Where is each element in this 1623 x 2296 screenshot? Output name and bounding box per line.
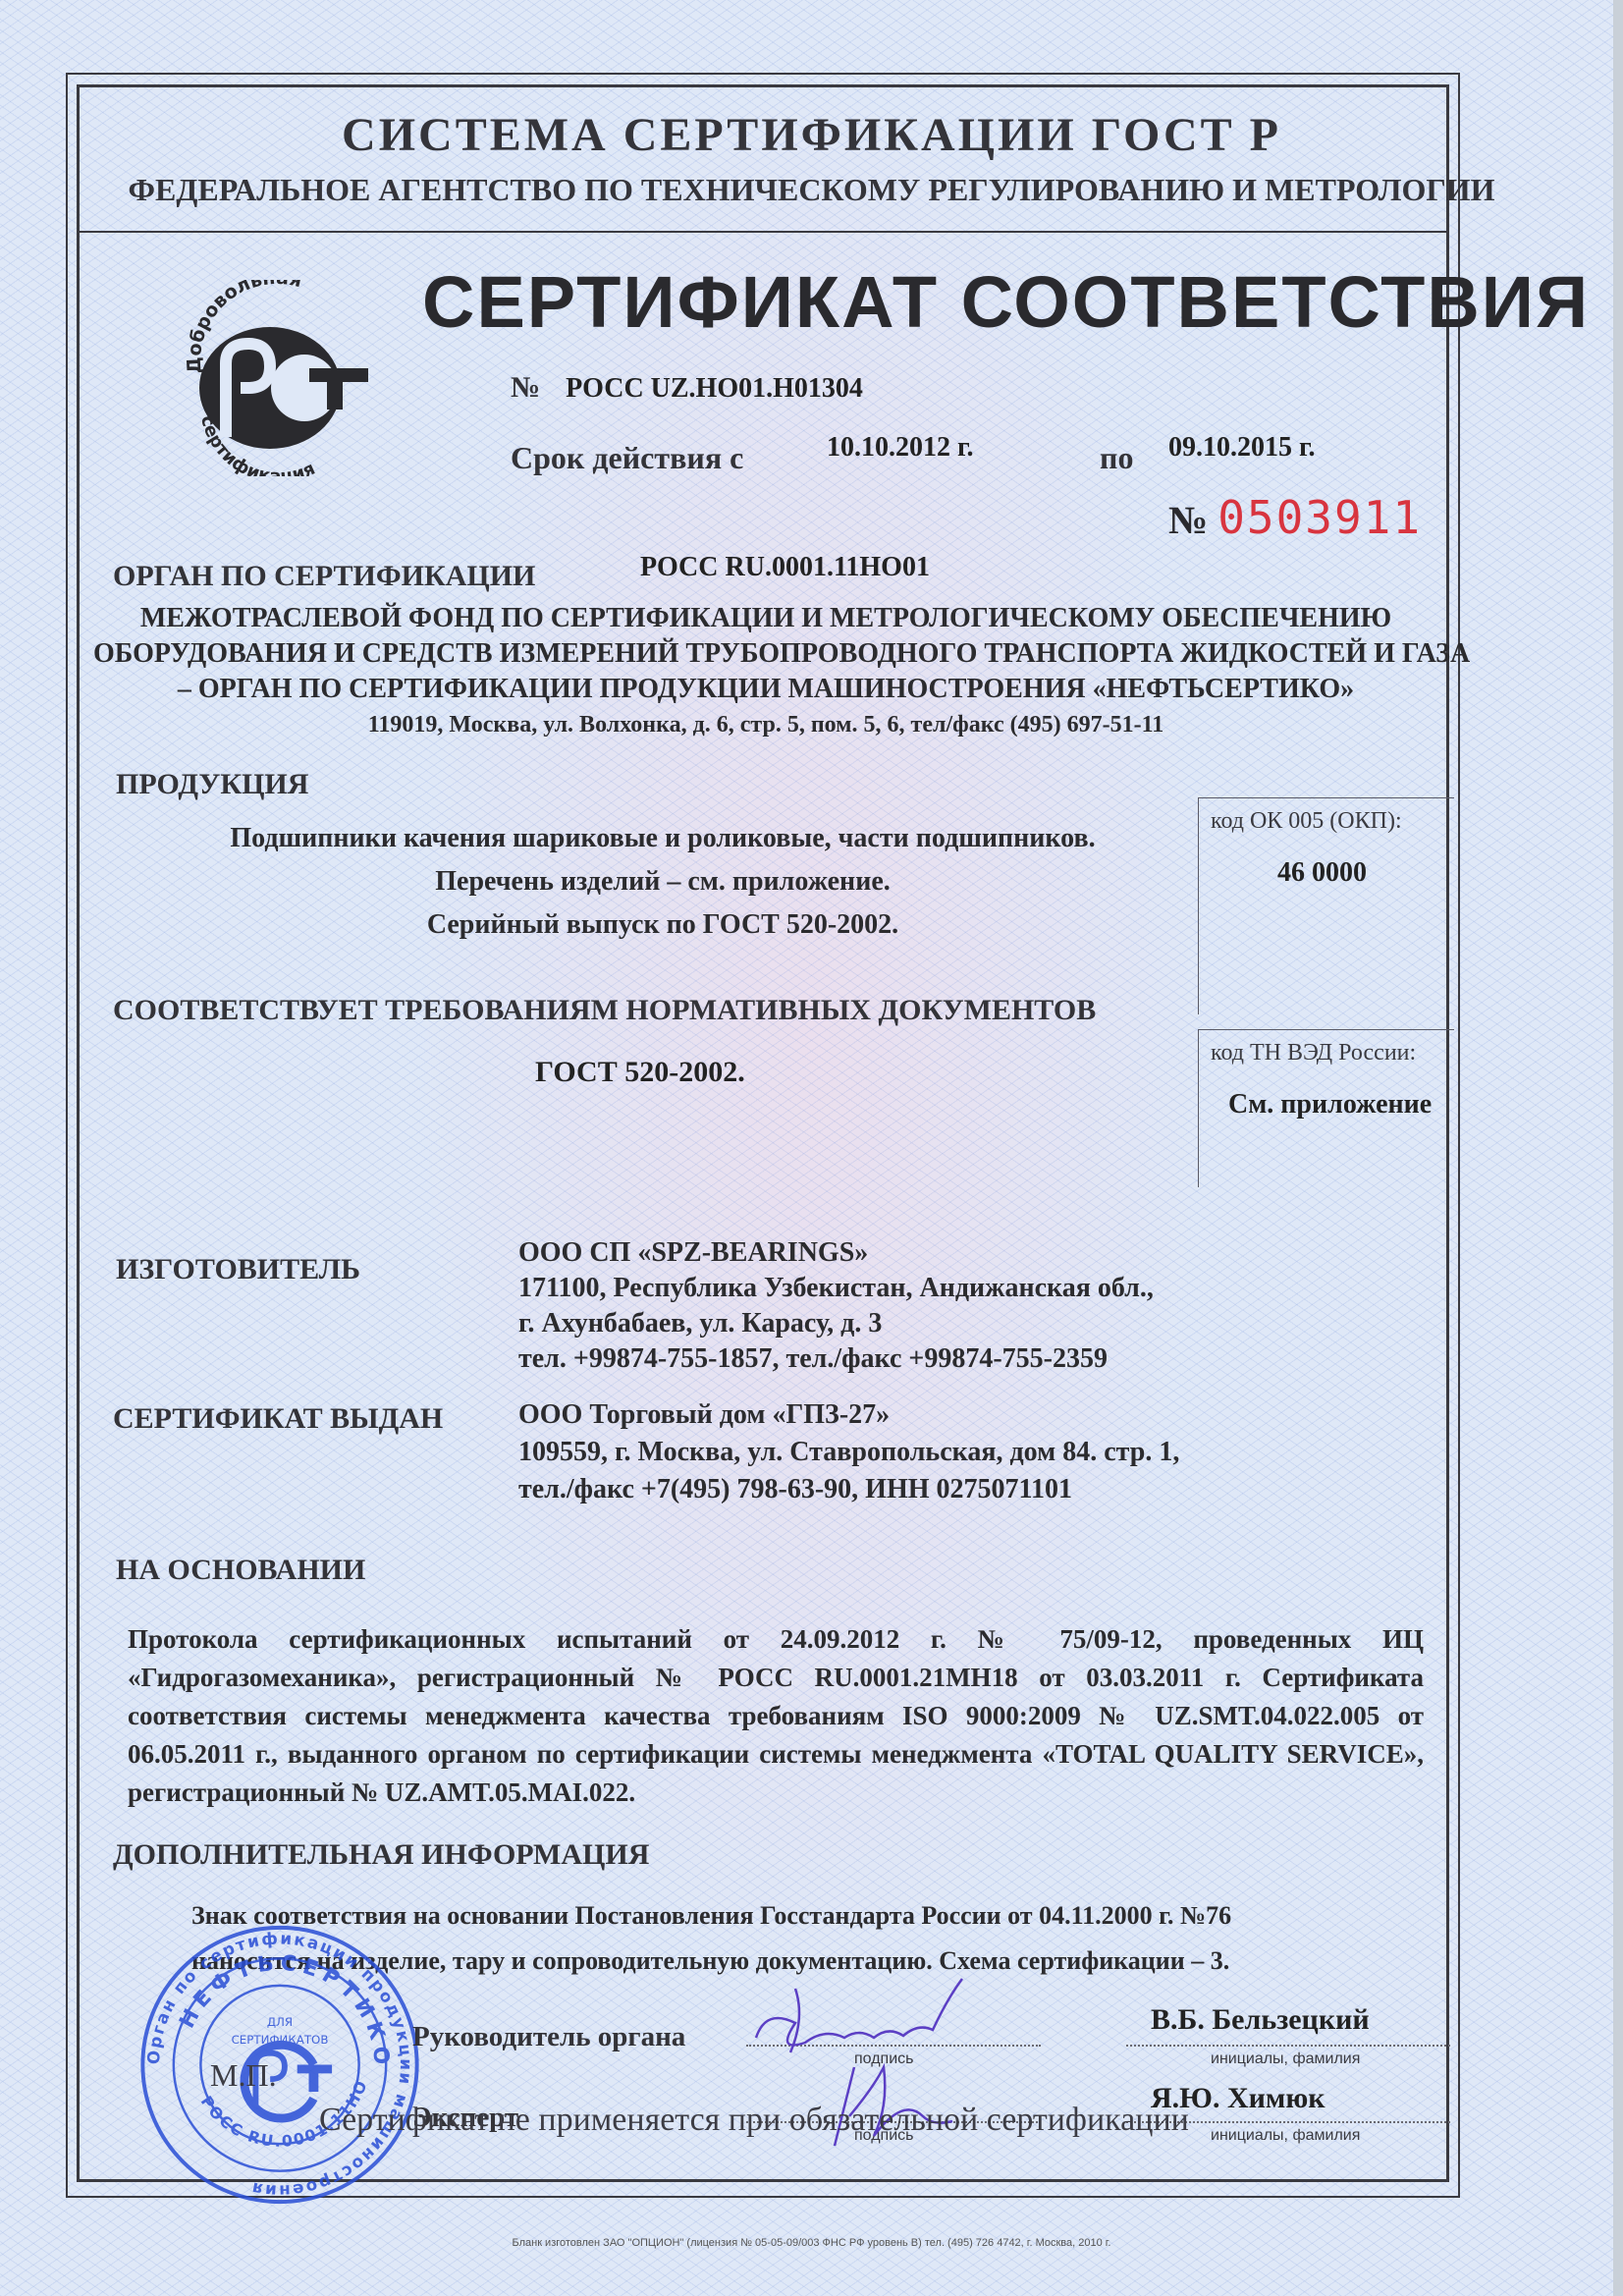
certification-body-line: ОБОРУДОВАНИЯ И СРЕДСТВ ИЗМЕРЕНИЙ ТРУБОПР…: [93, 636, 1438, 672]
stamp-inner-top: ДЛЯ: [267, 2015, 293, 2029]
blank-manufacturer-fine-print: Бланк изготовлен ЗАО "ОПЦИОН" (лицензия …: [0, 2237, 1623, 2249]
voluntary-notice: Сертификат не применяется при обязательн…: [319, 2102, 1189, 2139]
manufacturer-line: тел. +99874-755-1857, тел./факс +99874-7…: [518, 1341, 1154, 1377]
basis-label: НА ОСНОВАНИИ: [116, 1554, 365, 1587]
conformity-standard: ГОСТ 520-2002.: [535, 1056, 745, 1089]
issued-to-label: СЕРТИФИКАТ ВЫДАН: [113, 1402, 443, 1436]
issued-to-line: ООО Торговый дом «ГПЗ-27»: [518, 1396, 1179, 1434]
product-label: ПРОДУКЦИЯ: [116, 768, 308, 801]
certification-body-details: МЕЖОТРАСЛЕВОЙ ФОНД ПО СЕРТИФИКАЦИИ И МЕТ…: [93, 601, 1438, 742]
certification-body-code: РОСС RU.0001.11НО01: [640, 552, 930, 583]
certification-body-stamp: Орган по сертификации продукции машиност…: [133, 1920, 427, 2210]
expert-name-caption: инициалы, фамилия: [1211, 2127, 1360, 2145]
validity-label: Срок действия с: [511, 440, 743, 475]
tnved-code-value: См. приложение: [1228, 1089, 1432, 1121]
system-title: СИСТЕМА СЕРТИФИКАЦИИ ГОСТ Р: [0, 108, 1623, 162]
serial-number-value: 0503911: [1217, 491, 1422, 544]
validity-row: Срок действия с: [511, 440, 743, 476]
tnved-code-label: код ТН ВЭД России:: [1211, 1040, 1416, 1066]
head-name-caption: инициалы, фамилия: [1211, 2050, 1360, 2068]
basis-text: Протокола сертификационных испытаний от …: [128, 1620, 1424, 1812]
additional-info-label: ДОПОЛНИТЕЛЬНАЯ ИНФОРМАЦИЯ: [113, 1838, 649, 1872]
issued-to-line: 109559, г. Москва, ул. Ставропольская, д…: [518, 1434, 1179, 1471]
product-line: Перечень изделий – см. приложение.: [128, 860, 1198, 903]
issued-to-details: ООО Торговый дом «ГПЗ-27» 109559, г. Мос…: [518, 1396, 1179, 1508]
certification-body-address: 119019, Москва, ул. Волхонка, д. 6, стр.…: [93, 707, 1438, 742]
number-sign: №: [511, 371, 540, 404]
page-edge: [1613, 0, 1623, 2296]
tnved-code-box: код ТН ВЭД России: См. приложение: [1198, 1029, 1454, 1187]
certification-body-line: – ОРГАН ПО СЕРТИФИКАЦИИ ПРОДУКЦИИ МАШИНО…: [93, 672, 1438, 707]
certification-body-label: ОРГАН ПО СЕРТИФИКАЦИИ: [113, 560, 535, 593]
head-name-line: [1126, 2045, 1450, 2047]
valid-to-label: по: [1100, 440, 1133, 476]
product-line: Подшипники качения шариковые и роликовые…: [128, 817, 1198, 860]
head-of-body-name: В.Б. Бельзецкий: [1151, 2003, 1370, 2037]
conformity-label: СООТВЕТСТВУЕТ ТРЕБОВАНИЯМ НОРМАТИВНЫХ ДО…: [113, 994, 1096, 1027]
manufacturer-label: ИЗГОТОВИТЕЛЬ: [116, 1253, 360, 1286]
document-title: СЕРТИФИКАТ СООТВЕТСТВИЯ: [422, 260, 1590, 344]
manufacturer-details: ООО СП «SPZ-BEARINGS» 171100, Республика…: [518, 1235, 1154, 1377]
header-divider: [77, 231, 1446, 233]
manufacturer-line: г. Ахунбабаев, ул. Карасу, д. 3: [518, 1306, 1154, 1341]
valid-to: 09.10.2015 г.: [1168, 432, 1316, 464]
head-of-body-label: Руководитель органа: [412, 2021, 685, 2053]
product-line: Серийный выпуск по ГОСТ 520-2002.: [128, 903, 1198, 947]
okp-code-box: код ОК 005 (ОКП): 46 0000: [1198, 797, 1454, 1014]
okp-code-value: 46 0000: [1277, 857, 1367, 889]
agency-name: ФЕДЕРАЛЬНОЕ АГЕНТСТВО ПО ТЕХНИЧЕСКОМУ РЕ…: [0, 172, 1623, 208]
certificate-number: РОСС UZ.HO01.H01304: [566, 373, 863, 404]
product-description: Подшипники качения шариковые и роликовые…: [128, 817, 1198, 947]
certification-body-line: МЕЖОТРАСЛЕВОЙ ФОНД ПО СЕРТИФИКАЦИИ И МЕТ…: [93, 601, 1438, 636]
valid-from: 10.10.2012 г.: [827, 432, 974, 464]
certificate-number-row: № РОСС UZ.HO01.H01304: [511, 371, 863, 405]
manufacturer-line: ООО СП «SPZ-BEARINGS»: [518, 1235, 1154, 1271]
okp-code-label: код ОК 005 (ОКП):: [1211, 808, 1402, 835]
manufacturer-line: 171100, Республика Узбекистан, Андижанск…: [518, 1271, 1154, 1306]
serial-number-sign: №: [1168, 498, 1208, 542]
rst-voluntary-certification-logo: Добровольная сертификация: [172, 280, 378, 476]
stamp-place-label: М.П.: [210, 2057, 277, 2094]
issued-to-line: тел./факс +7(495) 798-63-90, ИНН 0275071…: [518, 1471, 1179, 1508]
blank-serial-number: №0503911: [1168, 491, 1422, 544]
